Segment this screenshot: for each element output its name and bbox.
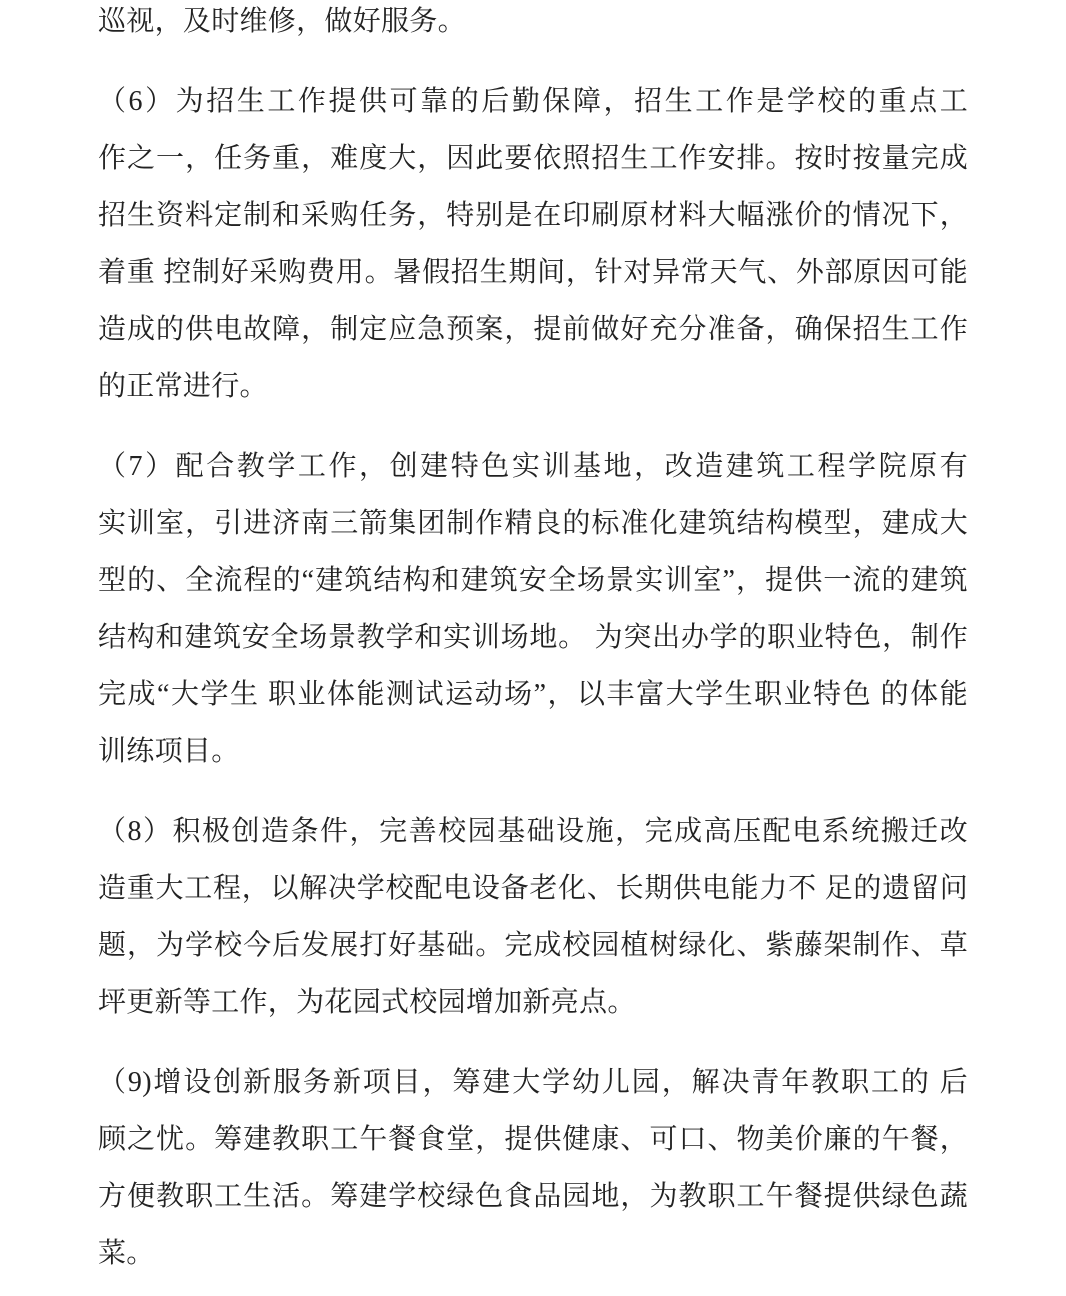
text-line: 完成“大学生 职业体能测试运动场”，以丰富大学生职业特色 的体能 bbox=[98, 666, 968, 723]
text-line: 着重 控制好采购费用。暑假招生期间，针对异常天气、外部原因可能 bbox=[98, 244, 968, 301]
text-line: （7）配合教学工作，创建特色实训基地，改造建筑工程学院原有 bbox=[98, 438, 968, 495]
text-line: 题，为学校今后发展打好基础。完成校园植树绿化、紫藤架制作、草 bbox=[98, 917, 968, 974]
text-line: （8）积极创造条件，完善校园基础设施，完成高压配电系统搬迁改 bbox=[98, 803, 968, 860]
text-line: （9)增设创新服务新项目，筹建大学幼儿园，解决青年教职工的 后 bbox=[98, 1054, 968, 1111]
paragraph-continuation: 巡视，及时维修，做好服务。 bbox=[98, 0, 968, 50]
text-line: 作之一，任务重，难度大，因此要依照招生工作安排。按时按量完成 bbox=[98, 130, 968, 187]
text-line: 造成的供电故障，制定应急预案，提前做好充分准备，确保招生工作 bbox=[98, 301, 968, 358]
paragraph-item-9: （9)增设创新服务新项目，筹建大学幼儿园，解决青年教职工的 后顾之忧。筹建教职工… bbox=[98, 1054, 968, 1282]
text-line: 菜。 bbox=[98, 1225, 968, 1282]
paragraph-item-6: （6）为招生工作提供可靠的后勤保障，招生工作是学校的重点工作之一，任务重，难度大… bbox=[98, 73, 968, 415]
text-line: 方便教职工生活。筹建学校绿色食品园地，为教职工午餐提供绿色蔬 bbox=[98, 1168, 968, 1225]
text-line: （6）为招生工作提供可靠的后勤保障，招生工作是学校的重点工 bbox=[98, 73, 968, 130]
text-line: 结构和建筑安全场景教学和实训场地。 为突出办学的职业特色，制作 bbox=[98, 609, 968, 666]
document-text-block: 巡视，及时维修，做好服务。（6）为招生工作提供可靠的后勤保障，招生工作是学校的重… bbox=[98, 0, 968, 1282]
text-line: 的正常进行。 bbox=[98, 358, 968, 415]
paragraph-item-7: （7）配合教学工作，创建特色实训基地，改造建筑工程学院原有实训室，引进济南三箭集… bbox=[98, 438, 968, 780]
text-line: 巡视，及时维修，做好服务。 bbox=[98, 0, 968, 50]
text-line: 造重大工程，以解决学校配电设备老化、长期供电能力不 足的遗留问 bbox=[98, 860, 968, 917]
text-line: 实训室，引进济南三箭集团制作精良的标准化建筑结构模型，建成大 bbox=[98, 495, 968, 552]
text-line: 坪更新等工作，为花园式校园增加新亮点。 bbox=[98, 974, 968, 1031]
text-line: 招生资料定制和采购任务，特别是在印刷原材料大幅涨价的情况下， bbox=[98, 187, 968, 244]
paragraph-item-8: （8）积极创造条件，完善校园基础设施，完成高压配电系统搬迁改造重大工程，以解决学… bbox=[98, 803, 968, 1031]
document-page: 巡视，及时维修，做好服务。（6）为招生工作提供可靠的后勤保障，招生工作是学校的重… bbox=[0, 0, 1066, 1296]
text-line: 型的、全流程的“建筑结构和建筑安全场景实训室”，提供一流的建筑 bbox=[98, 552, 968, 609]
text-line: 训练项目。 bbox=[98, 723, 968, 780]
text-line: 顾之忧。筹建教职工午餐食堂，提供健康、可口、物美价廉的午餐， bbox=[98, 1111, 968, 1168]
